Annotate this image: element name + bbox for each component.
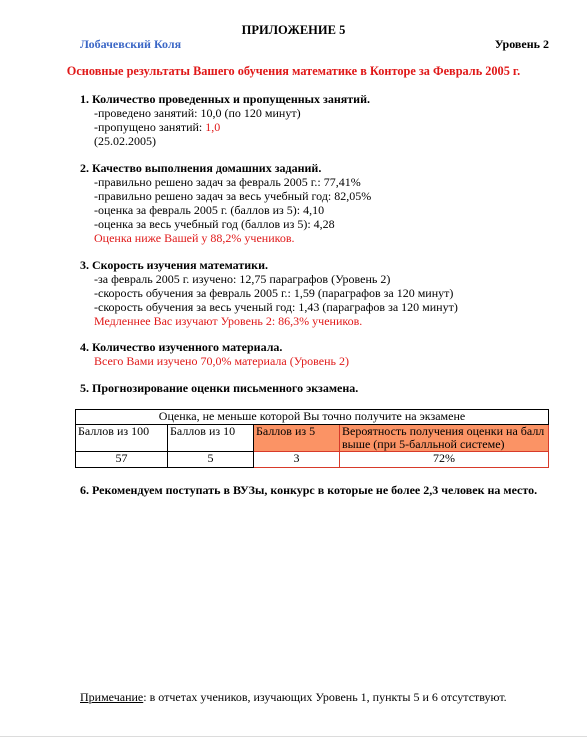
section-speed: 3. Скорость изучения математики. -за фев… — [80, 258, 458, 328]
document-page: ПРИЛОЖЕНИЕ 5 Лобачевский Коля Уровень 2 … — [0, 0, 587, 737]
higher-grade-probability: 72% — [340, 452, 549, 468]
column-header-highlighted: Баллов из 5 — [254, 425, 340, 452]
footnote-text: : в отчетах учеников, изучающих Уровень … — [143, 690, 506, 704]
homework-line: -правильно решено задач за февраль 2005 … — [80, 175, 371, 189]
homework-line: -оценка за весь учебный год (баллов из 5… — [80, 217, 371, 231]
level-label: Уровень 2 — [495, 37, 549, 51]
material-studied: Всего Вами изучено 70,0% материала (Уров… — [80, 354, 349, 368]
section-heading: 3. Скорость изучения математики. — [80, 258, 458, 272]
score-5: 3 — [254, 452, 340, 468]
homework-line: -оценка за февраль 2005 г. (баллов из 5)… — [80, 203, 371, 217]
exam-forecast-table: Оценка, не меньше которой Вы точно получ… — [75, 409, 549, 468]
score-10: 5 — [168, 452, 254, 468]
section-heading: 5. Прогнозирование оценки письменного эк… — [80, 381, 358, 395]
lessons-missed: -пропущено занятий: 1,0 — [80, 120, 370, 134]
homework-ranking: Оценка ниже Вашей у 88,2% учеников. — [80, 231, 371, 245]
table-header-row: Баллов из 100 Баллов из 10 Баллов из 5 В… — [76, 425, 549, 452]
section-attendance: 1. Количество проведенных и пропущенных … — [80, 92, 370, 148]
table-caption: Оценка, не меньше которой Вы точно получ… — [76, 410, 549, 425]
document-title: ПРИЛОЖЕНИЕ 5 — [0, 23, 587, 37]
table-row: 57 5 3 72% — [76, 452, 549, 468]
speed-line: -скорость обучения за весь ученый год: 1… — [80, 300, 458, 314]
lessons-missed-value: 1,0 — [205, 120, 220, 134]
section-heading: 2. Качество выполнения домашних заданий. — [80, 161, 371, 175]
homework-line: -правильно решено задач за весь учебный … — [80, 189, 371, 203]
column-header: Баллов из 10 — [168, 425, 254, 452]
section-heading: 6. Рекомендуем поступать в ВУЗы, конкурс… — [80, 483, 537, 497]
report-date: (25.02.2005) — [80, 134, 370, 148]
lessons-missed-label: -пропущено занятий: — [94, 120, 205, 134]
column-header-highlighted: Вероятность получения оценки на балл выш… — [340, 425, 549, 452]
section-heading: 4. Количество изученного материала. — [80, 340, 349, 354]
footnote: Примечание: в отчетах учеников, изучающи… — [80, 690, 507, 704]
section-recommendation: 6. Рекомендуем поступать в ВУЗы, конкурс… — [80, 483, 537, 497]
lessons-held: -проведено занятий: 10,0 (по 120 минут) — [80, 106, 370, 120]
report-subtitle: Основные результаты Вашего обучения мате… — [0, 64, 587, 78]
column-header: Баллов из 100 — [76, 425, 168, 452]
section-exam-forecast: 5. Прогнозирование оценки письменного эк… — [80, 381, 358, 395]
section-material: 4. Количество изученного материала. Всег… — [80, 340, 349, 368]
score-100: 57 — [76, 452, 168, 468]
student-name: Лобачевский Коля — [80, 37, 181, 51]
section-heading: 1. Количество проведенных и пропущенных … — [80, 92, 370, 106]
section-homework: 2. Качество выполнения домашних заданий.… — [80, 161, 371, 245]
footnote-label: Примечание — [80, 690, 143, 704]
speed-line: -за февраль 2005 г. изучено: 12,75 параг… — [80, 272, 458, 286]
speed-line: -скорость обучения за февраль 2005 г.: 1… — [80, 286, 458, 300]
speed-ranking: Медленнее Вас изучают Уровень 2: 86,3% у… — [80, 314, 458, 328]
